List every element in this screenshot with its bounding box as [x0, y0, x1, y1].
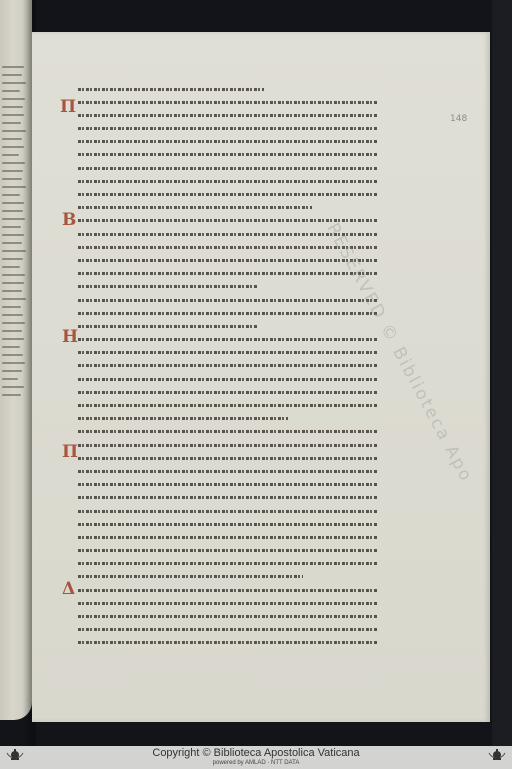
manuscript-line: [78, 135, 398, 148]
manuscript-line: [78, 188, 398, 201]
manuscript-line: [78, 570, 398, 583]
manuscript-line: [78, 583, 398, 596]
manuscript-line: [78, 306, 398, 319]
manuscript-line: [78, 544, 398, 557]
manuscript-line: [78, 530, 398, 543]
manuscript-line: [78, 293, 398, 306]
manuscript-line: [78, 148, 398, 161]
manuscript-line: [78, 623, 398, 636]
manuscript-line: [78, 214, 398, 227]
manuscript-line: [78, 610, 398, 623]
manuscript-line: [78, 122, 398, 135]
manuscript-line: [78, 399, 398, 412]
folio-number: 148: [450, 114, 467, 124]
rubric-initial-3: Η: [62, 330, 78, 344]
manuscript-line: [78, 359, 398, 372]
manuscript-line: [78, 82, 398, 95]
manuscript-line: [78, 319, 398, 332]
vatican-emblem-left-icon: [4, 747, 26, 767]
manuscript-line: [78, 491, 398, 504]
rubric-initial-5: Δ: [62, 582, 75, 596]
manuscript-text-block: [78, 82, 398, 649]
manuscript-line: [78, 372, 398, 385]
manuscript-line: [78, 517, 398, 530]
manuscript-line: [78, 438, 398, 451]
manuscript-line: [78, 636, 398, 649]
copyright-text: Copyright © Biblioteca Apostolica Vatica…: [0, 746, 512, 759]
manuscript-line: [78, 385, 398, 398]
manuscript-line: [78, 425, 398, 438]
manuscript-line: [78, 108, 398, 121]
manuscript-line: [78, 174, 398, 187]
manuscript-line: [78, 346, 398, 359]
rubric-initial-2: Β: [62, 213, 76, 227]
manuscript-line: [78, 557, 398, 570]
footer-bar: Copyright © Biblioteca Apostolica Vatica…: [0, 746, 512, 769]
manuscript-line: [78, 201, 398, 214]
manuscript-line: [78, 464, 398, 477]
rubric-initial-4: Π: [62, 445, 78, 459]
powered-by-text: powered by AMLAD · NTT DATA: [0, 759, 512, 767]
manuscript-line: [78, 333, 398, 346]
viewer-background-right: [492, 0, 512, 746]
manuscript-line: [78, 412, 398, 425]
manuscript-line: [78, 451, 398, 464]
manuscript-line: [78, 596, 398, 609]
manuscript-line: [78, 161, 398, 174]
manuscript-line: [78, 478, 398, 491]
vatican-emblem-right-icon: [486, 747, 508, 767]
manuscript-line: [78, 95, 398, 108]
manuscript-line: [78, 504, 398, 517]
rubric-initial-1: Π: [60, 100, 76, 114]
image-viewer[interactable]: 148 Π Β Η Π Δ RESERVED © Biblioteca Apo: [0, 0, 512, 746]
